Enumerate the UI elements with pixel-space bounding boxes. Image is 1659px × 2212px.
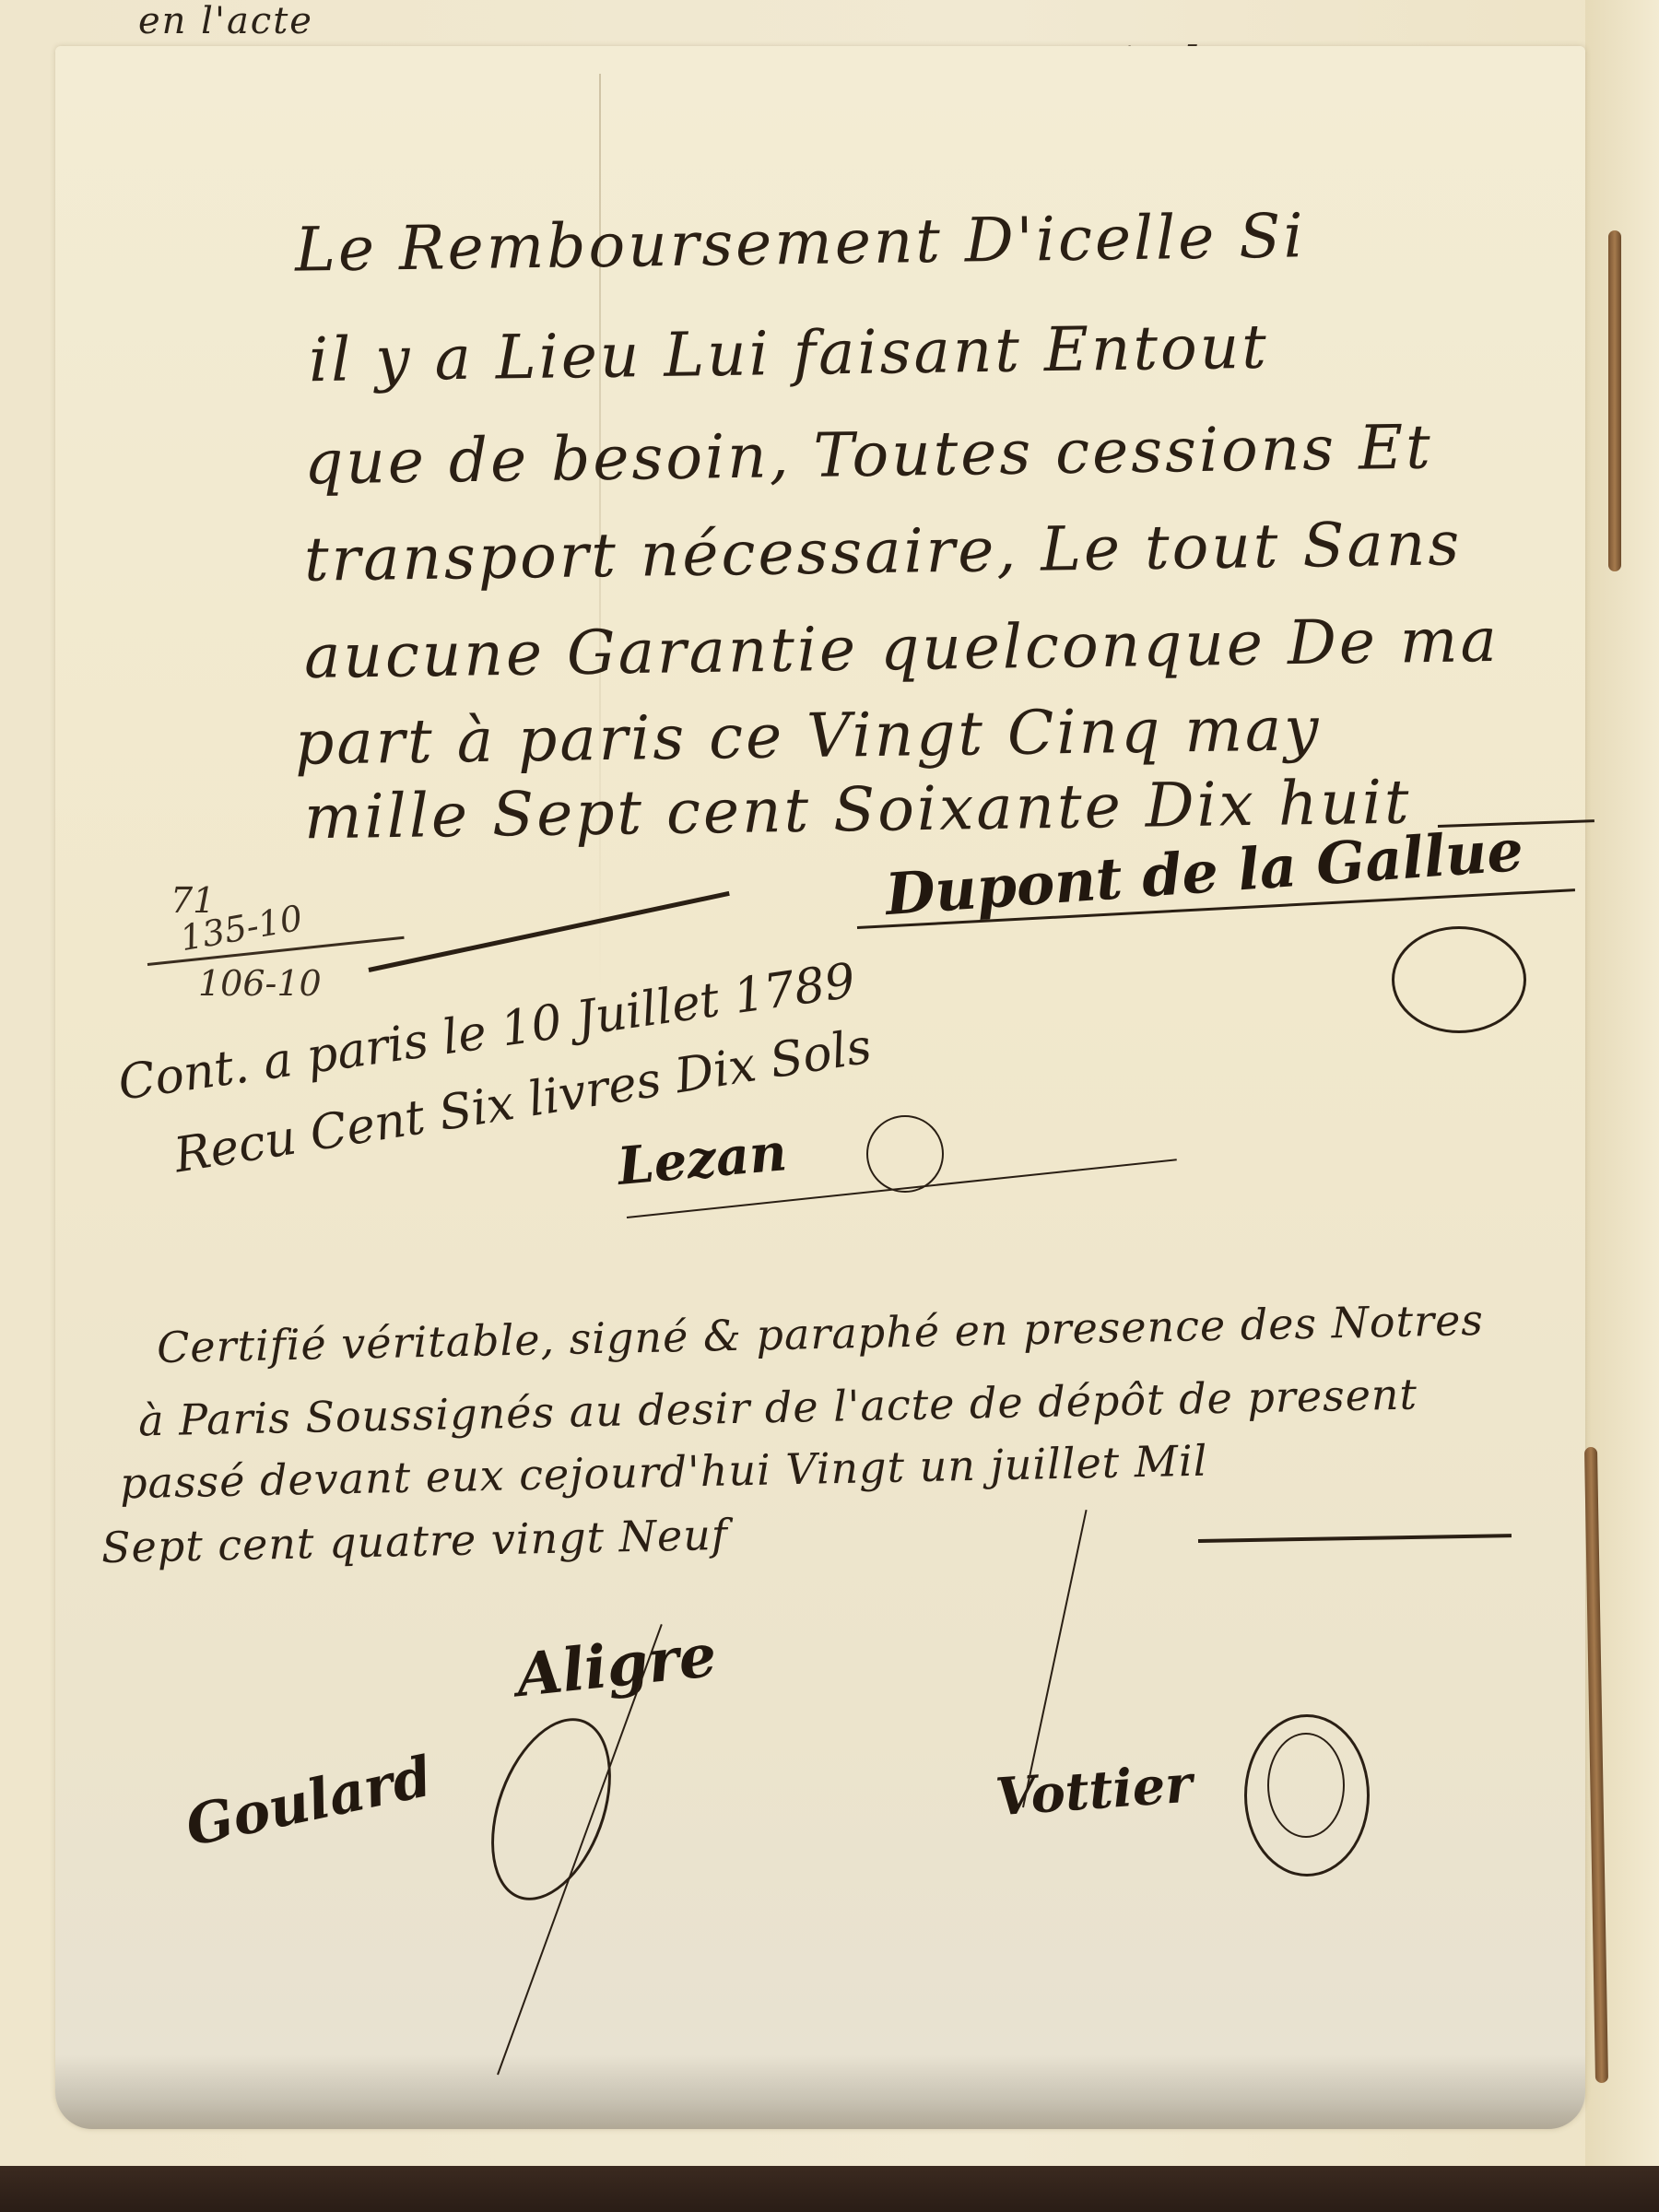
table-surface	[0, 2166, 1659, 2212]
signature-paraph-loop	[1392, 926, 1526, 1033]
paraph-loop	[866, 1115, 944, 1193]
paraph-loop-inner	[1267, 1733, 1345, 1838]
underlying-page-text-fragment-left: en l'acte	[138, 0, 313, 42]
main-text-line: part à paris ce Vingt Cinq may	[295, 693, 1322, 779]
main-text-line: Le Remboursement D'icelle Si	[295, 200, 1307, 285]
binding-ribbon-top	[1608, 230, 1621, 571]
main-text-line: il y a Lieu Lui faisant Entout	[309, 312, 1270, 396]
amount-total: 106-10	[198, 963, 322, 1004]
